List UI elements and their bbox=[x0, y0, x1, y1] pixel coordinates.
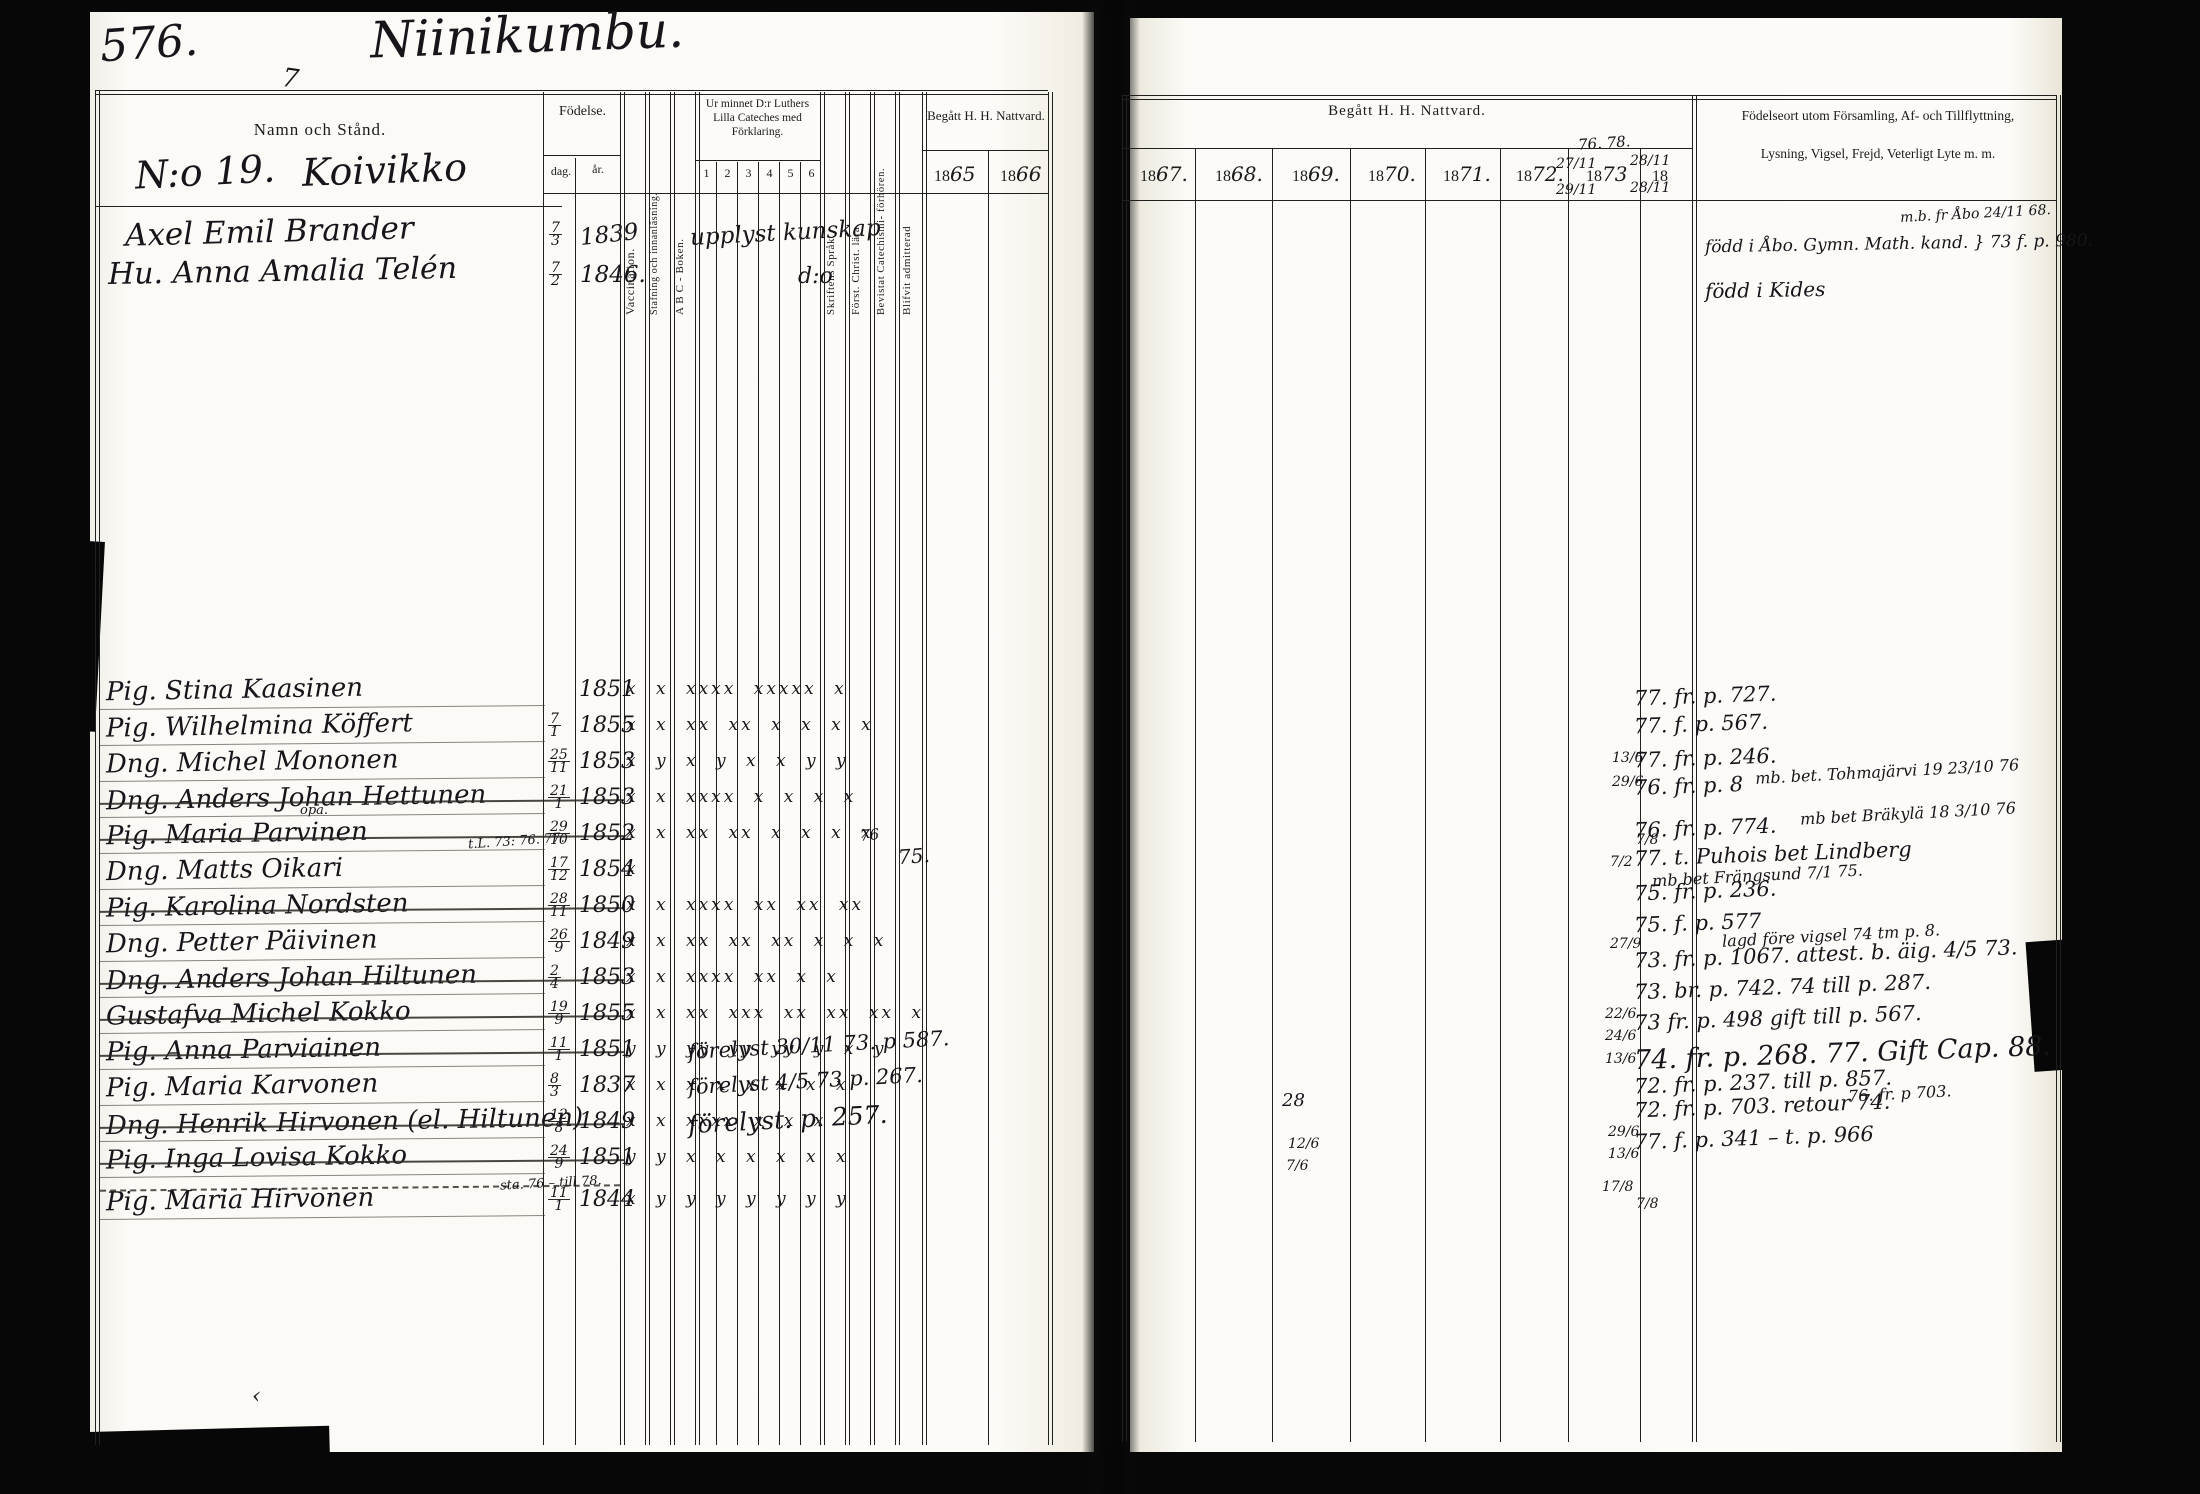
scan-edge-right bbox=[2062, 0, 2200, 1494]
right-page bbox=[1130, 4, 2066, 1476]
family-member-name: Axel Emil Brander bbox=[125, 210, 415, 254]
nattvard-year: 1867. bbox=[1140, 162, 1188, 186]
header-cateches: Ur minnet D:r Luthers Lilla Cateches med… bbox=[697, 98, 818, 139]
list-row-name: Pig. Inga Lovisa Kokko bbox=[106, 1140, 407, 1175]
reading-marks: x x xxxx x x x x bbox=[626, 787, 922, 807]
header-notes-line1: Födelseort utom Församling, Af- och Till… bbox=[1700, 108, 2056, 124]
family-member-name: Hu. Anna Amalia Telén bbox=[108, 251, 458, 292]
header-abc-boken: A B C - Boken. bbox=[675, 100, 687, 315]
table-rule-vertical bbox=[1195, 148, 1196, 1442]
margin-annotation: 22/6 bbox=[1605, 1006, 1636, 1022]
kunskap-ditto: d:o bbox=[798, 264, 833, 289]
margin-annotation: 24/6 bbox=[1605, 1028, 1636, 1044]
list-row-name: Dng. Matts Oikari bbox=[106, 853, 344, 887]
nattvard-year: 1868. bbox=[1215, 162, 1263, 186]
table-rule-horizontal bbox=[1122, 95, 2056, 100]
header-fodelse: Födelse. bbox=[545, 104, 620, 121]
row-remark: 77. fr. p. 727. bbox=[1634, 682, 1777, 711]
birth-day: 128 bbox=[548, 1109, 570, 1134]
table-rule-vertical bbox=[1425, 148, 1426, 1442]
table-rule-vertical bbox=[2056, 95, 2061, 1442]
birth-day: 1712 bbox=[548, 857, 570, 882]
header-dag: dag. bbox=[545, 164, 577, 178]
birth-day: 83 bbox=[548, 1073, 561, 1098]
birth-day: 73 bbox=[549, 222, 562, 247]
margin-annotation: 28 bbox=[1282, 1090, 1305, 1111]
table-rule-horizontal bbox=[922, 150, 1048, 151]
margin-annotation: 28/11 bbox=[1630, 180, 1670, 196]
row-remark: 77. f. p. 567. bbox=[1634, 710, 1769, 739]
reading-marks: x x xx xx xx x x x bbox=[626, 931, 922, 951]
margin-annotation: 7/8 bbox=[1636, 1196, 1659, 1212]
margin-annotation: 7 bbox=[280, 63, 301, 95]
margin-annotation: 27/11 bbox=[1556, 156, 1596, 172]
margin-annotation: 76 bbox=[859, 825, 880, 845]
list-row-name: Pig. Karolina Nordsten bbox=[106, 888, 409, 923]
reading-marks: x x xx xxx xx xx xx x bbox=[626, 1003, 922, 1023]
margin-annotation: 7/8 bbox=[1636, 832, 1659, 848]
margin-annotation: 28/11 bbox=[1630, 153, 1670, 169]
table-rule-vertical bbox=[1122, 95, 1127, 1442]
header-bevistat: Bevistat Catechismi- förhören. bbox=[876, 100, 887, 315]
folio-number: 576. bbox=[98, 15, 199, 73]
cateches-col-number: 2 bbox=[718, 166, 737, 180]
reading-marks: x y x y x x y y bbox=[626, 751, 922, 771]
margin-annotation: 13/6 bbox=[1605, 1051, 1636, 1067]
margin-annotation: 29/11 bbox=[1556, 182, 1596, 198]
table-rule-vertical bbox=[95, 90, 100, 1445]
row-remark: 76. fr. p. 8 bbox=[1634, 772, 1744, 800]
table-rule-vertical bbox=[1272, 148, 1273, 1442]
header-forst-christ: Först. Christ. lära. bbox=[851, 100, 863, 315]
margin-annotation: 29/6 bbox=[1608, 1124, 1639, 1140]
header-namn-och-stand: Namn och Stånd. bbox=[180, 120, 460, 140]
header-notes-line2: Lysning, Vigsel, Frejd, Veterligt Lyte m… bbox=[1700, 146, 2056, 162]
cateches-col-number: 3 bbox=[739, 166, 758, 180]
table-rule-horizontal bbox=[695, 160, 820, 161]
birth-year: 1846. bbox=[580, 262, 646, 288]
list-row-name: Pig. Wilhelmina Köffert bbox=[106, 708, 413, 743]
birth-day: 199 bbox=[548, 1001, 570, 1026]
birth-day: 211 bbox=[548, 785, 570, 810]
reading-marks: y y yy yy yy y x y bbox=[626, 1039, 922, 1059]
reading-marks: x x xxxx x x x bbox=[626, 1111, 922, 1131]
table-rule-vertical bbox=[988, 150, 989, 1445]
name-superscript: opa. bbox=[300, 803, 328, 818]
birth-day: 71 bbox=[548, 713, 561, 738]
scan-edge-left bbox=[0, 0, 90, 1494]
row-remark: 75. fr. p. 236. bbox=[1634, 877, 1777, 906]
list-row-name: Pig. Maria Hirvonen bbox=[106, 1183, 375, 1218]
table-rule-horizontal bbox=[95, 90, 1048, 95]
scan-corner-bottom-left bbox=[0, 1426, 331, 1494]
margin-annotation: 13/6 bbox=[1608, 1146, 1639, 1162]
birth-day: 111 bbox=[548, 1037, 570, 1062]
table-rule-vertical bbox=[922, 92, 927, 1445]
margin-annotation: 75. bbox=[897, 843, 930, 869]
birth-day: 269 bbox=[548, 929, 570, 954]
header-nattvard-right: Begått H. H. Nattvard. bbox=[1122, 102, 1692, 120]
family-remark: född i Kides bbox=[1705, 277, 1826, 303]
cateches-col-number: 5 bbox=[781, 166, 800, 180]
book-gutter bbox=[1082, 0, 1140, 1494]
cateches-col-number: 6 bbox=[802, 166, 821, 180]
list-row-name: Dng. Petter Päivinen bbox=[106, 925, 378, 960]
margin-annotation: ‹ bbox=[252, 1384, 261, 1409]
nattvard-year: 1866 bbox=[1000, 162, 1041, 186]
table-rule-vertical bbox=[1350, 148, 1351, 1442]
scan-blotch-left bbox=[25, 538, 105, 731]
header-blifvit-admitterad: Blifvit admitterad bbox=[902, 100, 914, 315]
margin-annotation: 27/9 bbox=[1610, 936, 1641, 952]
margin-annotation: 12/6 bbox=[1288, 1136, 1319, 1152]
margin-annotation: 17/8 bbox=[1602, 1179, 1633, 1195]
table-rule-horizontal bbox=[543, 193, 1048, 194]
list-row-name: Pig. Stina Kaasinen bbox=[106, 673, 364, 707]
table-rule-horizontal bbox=[96, 206, 562, 207]
reading-marks: y y x x x x x x bbox=[626, 1147, 922, 1167]
header-ar: år. bbox=[578, 162, 618, 176]
table-rule-vertical bbox=[1048, 92, 1053, 1445]
birth-day: 2811 bbox=[548, 893, 570, 918]
reading-marks: x x xx xx x x x x bbox=[626, 715, 922, 735]
household-name: Koivikko bbox=[301, 145, 467, 195]
table-rule-vertical bbox=[1568, 148, 1569, 1442]
header-nattvard-left: Begått H. H. Nattvard. bbox=[924, 108, 1048, 124]
list-row-name: Gustafva Michel Kokko bbox=[106, 996, 411, 1031]
list-row-name: Pig. Maria Parvinen bbox=[106, 817, 368, 852]
reading-marks: x x xxxx xxxxx x bbox=[626, 679, 922, 699]
table-rule-horizontal bbox=[1122, 200, 2056, 201]
birth-day: 24 bbox=[548, 965, 561, 990]
list-row-name: Dng. Michel Mononen bbox=[106, 744, 399, 779]
birth-day: 72 bbox=[549, 262, 562, 287]
birth-day: 249 bbox=[548, 1145, 570, 1170]
table-rule-horizontal bbox=[543, 155, 620, 156]
nattvard-year: 1871. bbox=[1443, 162, 1491, 186]
header-stafning: Stafning och innanläsning. bbox=[650, 100, 661, 315]
margin-annotation: 7/6 bbox=[1286, 1158, 1309, 1174]
scanned-church-book-spread: 576. Niinikumbu. Namn och Stånd. Födelse… bbox=[0, 0, 2200, 1494]
nattvard-year: 1865 bbox=[934, 162, 975, 186]
margin-annotation: 29/6 bbox=[1612, 774, 1643, 790]
reading-marks: x x xxxx xx x x bbox=[626, 967, 922, 987]
list-row-name: Pig. Anna Parviainen bbox=[106, 1033, 381, 1068]
cateches-col-number: 4 bbox=[760, 166, 779, 180]
nattvard-year: 1870. bbox=[1368, 162, 1416, 186]
village-title: Niinikumbu. bbox=[369, 1, 685, 70]
birth-day: 2511 bbox=[548, 749, 570, 774]
table-rule-vertical bbox=[1500, 148, 1501, 1442]
list-row-name: Pig. Maria Karvonen bbox=[106, 1069, 379, 1104]
margin-annotation: 76. 78. bbox=[1577, 132, 1631, 154]
table-rule-vertical bbox=[543, 92, 544, 1445]
scan-edge-top-right bbox=[1130, 0, 2200, 18]
margin-annotation: 13/6 bbox=[1612, 750, 1643, 766]
reading-marks: x x xxxx xx xx xx bbox=[626, 895, 922, 915]
reading-marks: x bbox=[626, 859, 922, 879]
margin-annotation: 7/2 bbox=[1610, 854, 1633, 870]
household-number: N:o 19. bbox=[134, 146, 276, 197]
reading-marks: x x x x x x x x bbox=[626, 1075, 922, 1095]
nattvard-year: 1869. bbox=[1292, 162, 1340, 186]
reading-marks: x y y y y y y y bbox=[626, 1189, 922, 1209]
